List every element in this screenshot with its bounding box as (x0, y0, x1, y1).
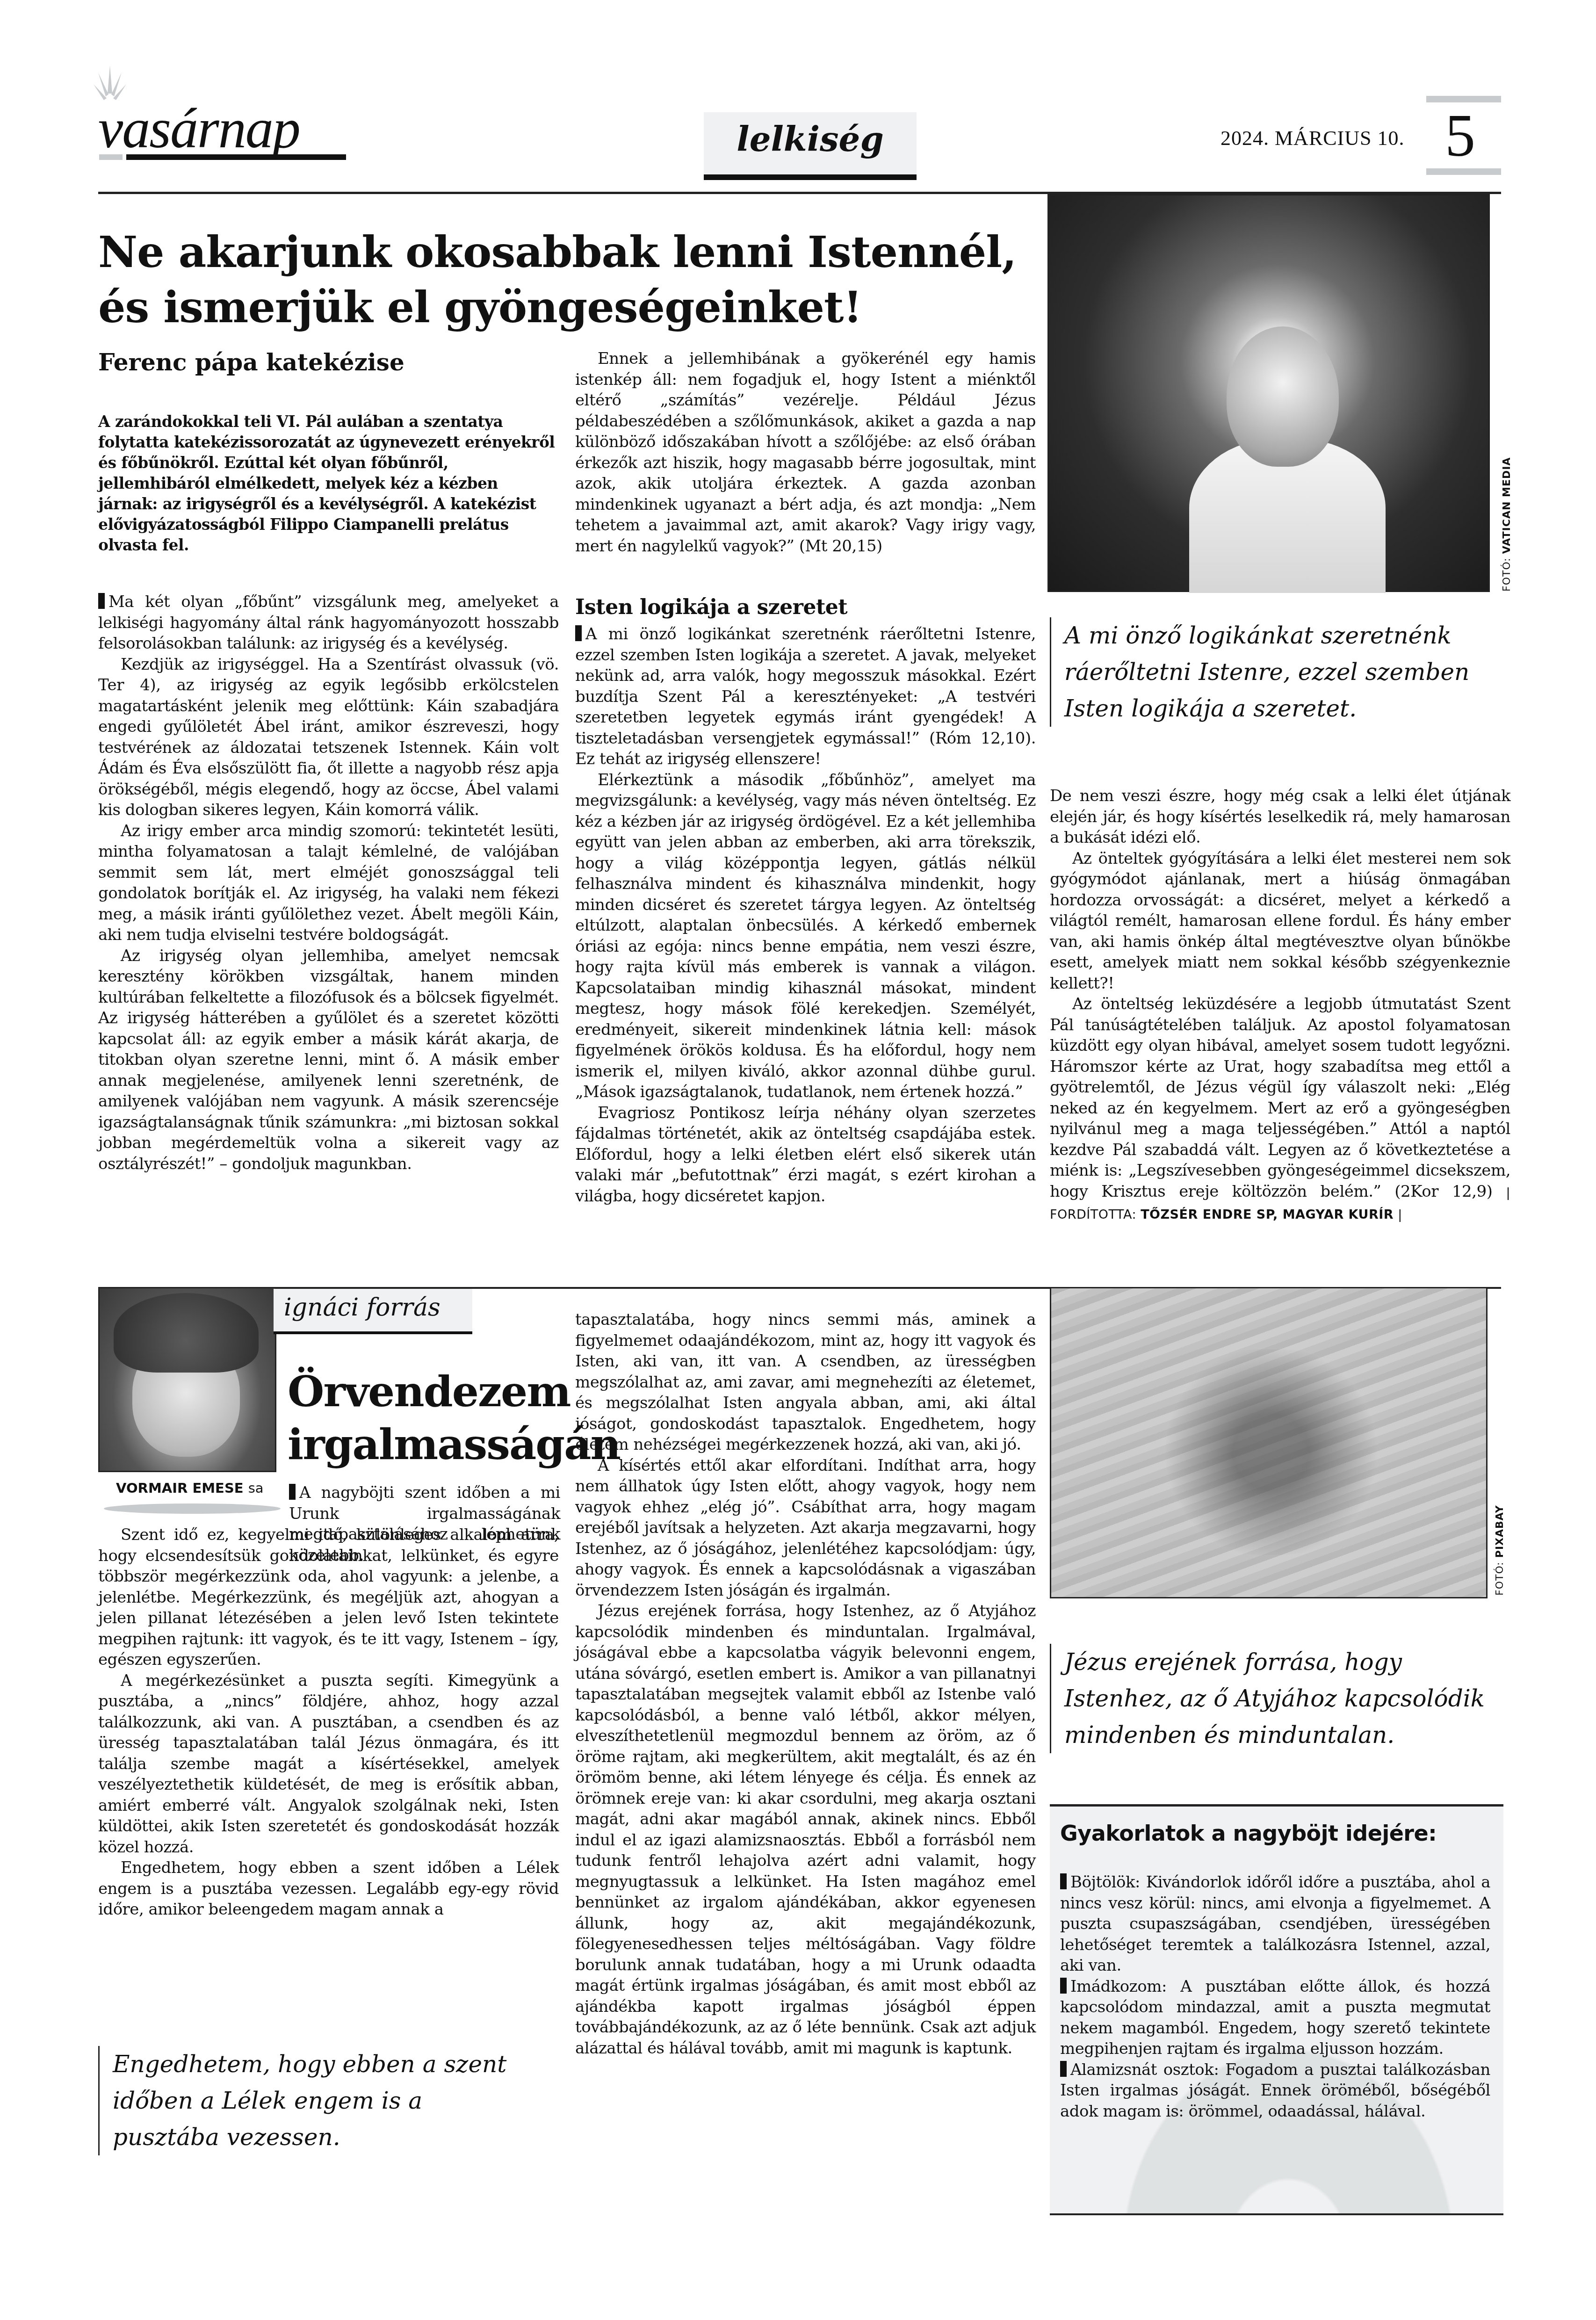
column-label: ignáci forrás (284, 1294, 441, 1322)
paragraph: tapasztalatába, hogy nincs semmi más, am… (575, 1309, 1036, 1455)
paragraph: Az irigy ember arca mindig szomorú: teki… (98, 821, 559, 946)
masthead-underline (126, 154, 346, 160)
column-label-underline (274, 1331, 472, 1334)
article-column-1: Ma két olyan „főbűnt” vizsgálunk meg, am… (98, 592, 559, 1174)
article-headline: Ne akarjunk okosabbak lenni Istennél, és… (98, 224, 1033, 335)
paragraph-marker-icon (98, 593, 105, 609)
author-name: VORMAIR EMESE sa (116, 1480, 264, 1496)
list-item: Imádkozom: A pusztában előtte állok, és … (1060, 1976, 1490, 2060)
column-label-box: ignáci forrás (274, 1289, 472, 1332)
section-heading: Isten logikája a szeretet (575, 594, 1036, 621)
photo-figure-face (1227, 326, 1339, 467)
author-name-decoration (104, 1503, 281, 1514)
paragraph: A megérkezésünket a puszta segíti. Kimeg… (98, 1670, 559, 1858)
page-number-rule-bottom (1426, 168, 1501, 175)
list-item: Böjtölök: Kivándorlok időről időre a pus… (1060, 1872, 1490, 1976)
photo-credit: FOTÓ: PIXABAY (1494, 1505, 1506, 1596)
article-headline: Örvendezem irgalmasságán (288, 1366, 549, 1471)
exercises-box: Gyakorlatok a nagyböjt idejére: Böjtölök… (1050, 1804, 1503, 2215)
paragraph: De nem veszi észre, hogy még csak a lelk… (1050, 786, 1510, 848)
paragraph: Az irigység olyan jellemhiba, amelyet ne… (98, 946, 559, 1175)
pull-quote: A mi önző logikánkat szeretnénk ráerőlte… (1050, 617, 1485, 727)
article-column-2-top: Ennek a jellemhibának a gyökerénél egy h… (575, 348, 1036, 557)
paragraph: Szent idő ez, kegyelmi idő, különleges a… (98, 1525, 559, 1670)
paragraph: Kezdjük az irigységgel. Ha a Szentírást … (98, 654, 559, 821)
article-column-2: tapasztalatába, hogy nincs semmi más, am… (575, 1309, 1036, 2059)
pope-photo (1047, 194, 1490, 592)
paragraph: A kísértés ettől akar elfordítani. Indít… (575, 1455, 1036, 1601)
paragraph: Ma két olyan „főbűnt” vizsgálunk meg, am… (98, 592, 559, 654)
portrait-hair (114, 1293, 259, 1373)
section-label-box: lelkiség (704, 112, 917, 175)
page-number-rule-top (1426, 96, 1501, 102)
desert-plant-photo (1050, 1287, 1488, 1598)
paragraph: Ennek a jellemhibának a gyökerénél egy h… (575, 348, 1036, 557)
section-label: lelkiség (704, 119, 917, 159)
article-column-1: Szent idő ez, kegyelmi idő, különleges a… (98, 1525, 559, 1920)
pull-quote: Engedhetem, hogy ebben a szent időben a … (98, 2046, 534, 2155)
pull-quote: Jézus erejének forrása, hogy Istenhez, a… (1050, 1644, 1485, 1753)
article-subhead: Ferenc pápa katekézise (98, 348, 404, 376)
paragraph: Evagriosz Pontikosz leírja néhány olyan … (575, 1103, 1036, 1207)
exercises-list: Böjtölök: Kivándorlok időről időre a pus… (1060, 1872, 1490, 2122)
headline-line-1: Ne akarjunk okosabbak lenni Istennél, (98, 224, 1033, 280)
bullet-icon (1060, 1978, 1067, 1994)
exercises-title: Gyakorlatok a nagyböjt idejére: (1060, 1821, 1437, 1846)
paragraph: Jézus erejének forrása, hogy Istenhez, a… (575, 1601, 1036, 2059)
masthead-logo: vasárnap (98, 101, 300, 157)
article-column-2: Isten logikája a szeretet A mi önző logi… (575, 594, 1036, 1207)
photo-plant (1159, 1349, 1383, 1555)
author-portrait (98, 1287, 276, 1472)
article-column-3: De nem veszi észre, hogy még csak a lelk… (1050, 786, 1510, 1226)
bullet-icon (1060, 1873, 1067, 1889)
bullet-icon (1060, 2061, 1067, 2077)
masthead-accent (99, 154, 123, 160)
paragraph: Elérkeztünk a második „főbűnhöz”, amelye… (575, 770, 1036, 1103)
paragraph-marker-icon (289, 1484, 296, 1500)
paragraph: A mi önző logikánkat szeretnénk ráerőlte… (575, 624, 1036, 770)
page-number: 5 (1445, 105, 1475, 166)
paragraph: Engedhetem, hogy ebben a szent időben a … (98, 1857, 559, 1920)
list-item: Alamizsnát osztok: Fogadom a pusztai tal… (1060, 2060, 1490, 2122)
section-label-underline (704, 174, 917, 180)
article-lead: A zarándokokkal teli VI. Pál aulában a s… (98, 412, 561, 556)
paragraph-marker-icon (575, 625, 582, 641)
headline-line-2: és ismerjük el gyöngeségeinket! (98, 280, 1033, 335)
paragraph: Az önteltek gyógyítására a lelki élet me… (1050, 848, 1510, 994)
photo-credit: FOTÓ: VATICAN MEDIA (1501, 457, 1513, 592)
paragraph: Az önteltség leküzdésére a legjobb útmut… (1050, 994, 1510, 1226)
issue-date: 2024. MÁRCIUS 10. (1220, 126, 1405, 150)
